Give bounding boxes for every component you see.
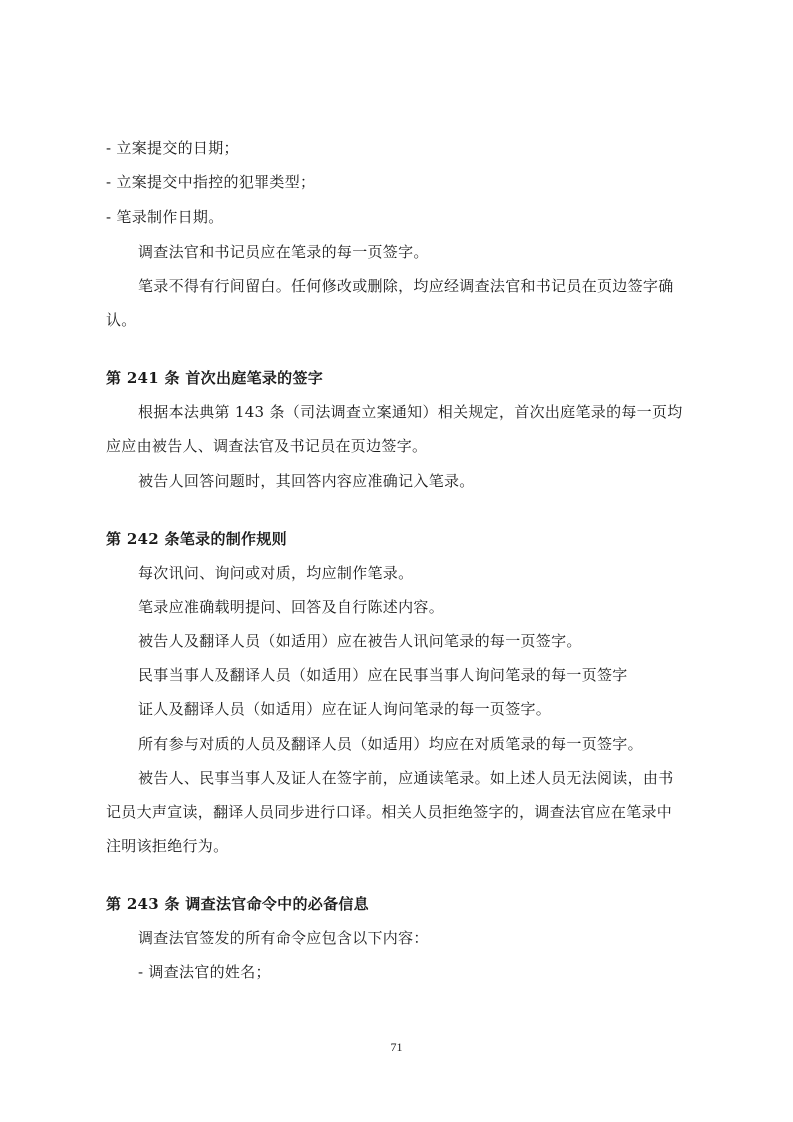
paragraph: 调查法官和书记员应在笔录的每一页签字。 xyxy=(138,242,429,262)
paragraph: 所有参与对质的人员及翻译人员（如适用）均应在对质笔录的每一页签字。 xyxy=(138,734,643,754)
article-heading: 第 242 条笔录的制作规则 xyxy=(106,529,287,549)
page-number: 71 xyxy=(0,1040,793,1055)
paragraph-continuation: 应应由被告人、调查法官及书记员在页边签字。 xyxy=(106,436,427,456)
paragraph: 调查法官签发的所有命令应包含以下内容： xyxy=(138,928,429,948)
document-page: - 立案提交的日期； - 立案提交中指控的犯罪类型； - 笔录制作日期。 调查法… xyxy=(0,0,793,1122)
article-heading: 第 243 条 调查法官命令中的必备信息 xyxy=(106,894,369,914)
paragraph: 每次讯问、询问或对质，均应制作笔录。 xyxy=(138,563,413,583)
paragraph-continuation: 认。 xyxy=(106,310,137,330)
paragraph-continuation: 记员大声宣读，翻译人员同步进行口译。相关人员拒绝签字的，调查法官应在笔录中 xyxy=(106,802,672,822)
paragraph: 笔录不得有行间留白。任何修改或删除，均应经调查法官和书记员在页边签字确 xyxy=(138,276,674,296)
list-item-judge-name: - 调查法官的姓名； xyxy=(138,962,271,982)
paragraph: 被告人、民事当事人及证人在签字前，应通读笔录。如上述人员无法阅读，由书 xyxy=(138,768,674,788)
paragraph: 被告人回答问题时，其回答内容应准确记入笔录。 xyxy=(138,471,475,491)
paragraph: 民事当事人及翻译人员（如适用）应在民事当事人询问笔录的每一页签字 xyxy=(138,665,628,685)
article-heading: 第 241 条 首次出庭笔录的签字 xyxy=(106,368,323,388)
paragraph: 根据本法典第 143 条（司法调查立案通知）相关规定，首次出庭笔录的每一页均 xyxy=(138,402,683,422)
paragraph-continuation: 注明该拒绝行为。 xyxy=(106,836,228,856)
paragraph: 被告人及翻译人员（如适用）应在被告人讯问笔录的每一页签字。 xyxy=(138,631,582,651)
list-item-date-of-filing: - 立案提交的日期； xyxy=(106,138,239,158)
list-item-offence-type: - 立案提交中指控的犯罪类型； xyxy=(106,172,315,192)
paragraph: 证人及翻译人员（如适用）应在证人询问笔录的每一页签字。 xyxy=(138,699,551,719)
paragraph: 笔录应准确载明提问、回答及自行陈述内容。 xyxy=(138,597,444,617)
list-item-record-date: - 笔录制作日期。 xyxy=(106,207,224,227)
